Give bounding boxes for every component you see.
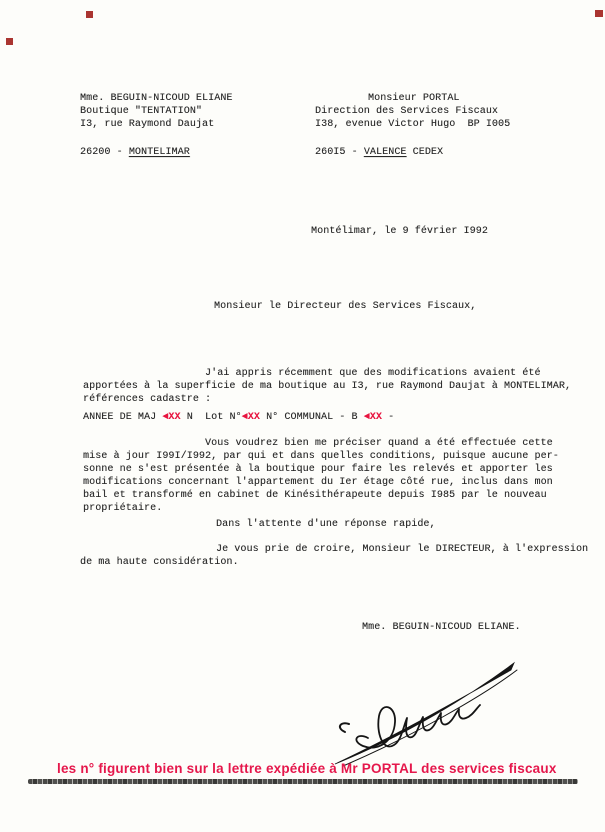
sender-postal-line: 26200 - MONTELIMAR — [80, 146, 190, 159]
recipient-postal-suffix: CEDEX — [407, 147, 444, 158]
salutation: Monsieur le Directeur des Services Fisca… — [214, 300, 476, 313]
corner-mark-icon — [6, 38, 13, 45]
cadastre-line: ANNEE DE MAJ ◄XX N Lot N°◄XX N° COMMUNAL… — [83, 411, 394, 424]
cadastre-seg4: - — [382, 412, 394, 423]
sender-name: Mme. BEGUIN-NICOUD ELIANE — [80, 92, 233, 105]
body-line: Vous voudrez bien me préciser quand a ét… — [205, 437, 553, 450]
signature-name: Mme. BEGUIN-NICOUD ELIANE. — [362, 621, 521, 634]
corner-mark-icon — [595, 10, 603, 17]
body-line: modifications concernant l'appartement d… — [83, 476, 553, 489]
body-line: J'ai appris récemment que des modificati… — [205, 367, 541, 380]
redacted-x-mark: ◄XX — [364, 412, 382, 423]
recipient-line3: I38, evenue Victor Hugo BP I005 — [315, 118, 510, 131]
recipient-name: Monsieur PORTAL — [368, 92, 460, 105]
sender-line2: Boutique "TENTATION" — [80, 105, 202, 118]
body-line: propriétaire. — [83, 502, 162, 515]
redacted-x-mark: ◄XX — [242, 412, 260, 423]
cadastre-seg1: ANNEE DE MAJ — [83, 412, 162, 423]
red-annotation-text: les n° figurent bien sur la lettre expéd… — [57, 761, 557, 776]
redacted-x-mark: ◄XX — [162, 412, 180, 423]
cadastre-seg3: N° COMMUNAL - B — [260, 412, 364, 423]
corner-mark-icon — [86, 11, 93, 18]
scan-edge-bar — [28, 779, 578, 784]
closing-line: Dans l'attente d'une réponse rapide, — [216, 518, 436, 531]
body-line: bail et transformé en cabinet de Kinésit… — [83, 489, 547, 502]
sender-postal-code: 26200 - — [80, 147, 129, 158]
body-line: mise à jour I99I/I992, par qui et dans q… — [83, 450, 559, 463]
closing-line: Je vous prie de croire, Monsieur le DIRE… — [216, 543, 588, 556]
body-line: apportées à la superficie de ma boutique… — [83, 380, 571, 393]
body-line: sonne ne s'est présentée à la boutique p… — [83, 463, 553, 476]
sender-line3: I3, rue Raymond Daujat — [80, 118, 214, 131]
closing-line: de ma haute considération. — [80, 556, 239, 569]
recipient-city: VALENCE — [364, 147, 407, 158]
recipient-line2: Direction des Services Fiscaux — [315, 105, 498, 118]
cadastre-seg2: N Lot N° — [181, 412, 242, 423]
recipient-postal-line: 260I5 - VALENCE CEDEX — [315, 146, 443, 159]
sender-city: MONTELIMAR — [129, 147, 190, 158]
recipient-postal-code: 260I5 - — [315, 147, 364, 158]
body-line: références cadastre : — [83, 393, 211, 406]
date-line: Montélimar, le 9 février I992 — [311, 225, 488, 238]
